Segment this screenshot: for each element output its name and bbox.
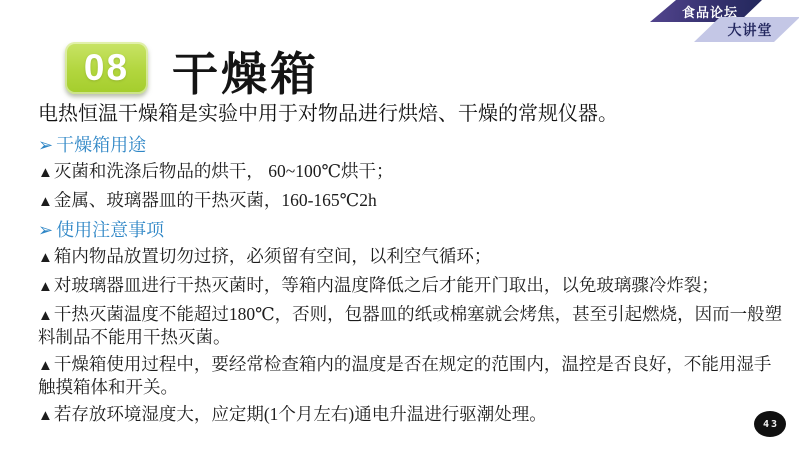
- bullet-item: ▲灭菌和洗涤后物品的烘干， 60~100℃烘干；: [38, 161, 783, 184]
- triangle-bullet-icon: ▲: [38, 250, 53, 266]
- bullet-item: ▲金属、玻璃器皿的干热灭菌，160-165℃2h: [38, 190, 783, 213]
- intro-paragraph: 电热恒温干燥箱是实验中用于对物品进行烘焙、干燥的常规仪器。: [38, 102, 783, 127]
- bullet-item-text: 干燥箱使用过程中，要经常检查箱内的温度是否在规定的范围内，温控是否良好，不能用湿…: [38, 354, 771, 397]
- triangle-bullet-icon: ▲: [38, 194, 53, 210]
- triangle-bullet-icon: ▲: [38, 358, 53, 374]
- slide-body: 电热恒温干燥箱是实验中用于对物品进行烘焙、干燥的常规仪器。 ➢干燥箱用途 ▲灭菌…: [38, 102, 783, 433]
- bullet-item: ▲若存放环境湿度大，应定期(1个月左右)通电升温进行驱潮处理。: [38, 404, 783, 427]
- page-number-label: 43: [761, 419, 779, 430]
- section-number-badge: 08: [65, 42, 148, 94]
- arrow-bullet-icon: ➢: [38, 220, 53, 240]
- bullet-item: ▲对玻璃器皿进行干热灭菌时，等箱内温度降低之后才能开门取出，以免玻璃骤冷炸裂；: [38, 275, 783, 298]
- bullet-item-text: 金属、玻璃器皿的干热灭菌，160-165℃2h: [54, 190, 377, 210]
- section-number-label: 08: [84, 47, 129, 89]
- section-heading-label: 干燥箱用途: [56, 135, 146, 155]
- triangle-bullet-icon: ▲: [38, 308, 53, 324]
- section-heading-precautions: ➢使用注意事项: [38, 219, 783, 241]
- page-title: 干燥箱: [172, 38, 319, 104]
- bullet-item-text: 若存放环境湿度大，应定期(1个月左右)通电升温进行驱潮处理。: [54, 404, 547, 424]
- lecture-ribbon-label: 大讲堂: [728, 20, 773, 40]
- triangle-bullet-icon: ▲: [38, 408, 53, 424]
- bullet-item-text: 干热灭菌温度不能超过180℃，否则，包器皿的纸或棉塞就会烤焦，甚至引起燃烧，因而…: [38, 304, 782, 347]
- presentation-slide: 食品论坛 大讲堂 08 干燥箱 电热恒温干燥箱是实验中用于对物品进行烘焙、干燥的…: [0, 0, 799, 450]
- arrow-bullet-icon: ➢: [38, 135, 53, 155]
- bullet-item: ▲箱内物品放置切勿过挤，必须留有空间，以利空气循环；: [38, 246, 783, 269]
- bullet-item: ▲干燥箱使用过程中，要经常检查箱内的温度是否在规定的范围内，温控是否良好，不能用…: [38, 354, 783, 398]
- page-number-badge: 43: [754, 411, 786, 437]
- bullet-item-text: 箱内物品放置切勿过挤，必须留有空间，以利空气循环；: [54, 246, 492, 266]
- bullet-item-text: 灭菌和洗涤后物品的烘干， 60~100℃烘干；: [54, 161, 394, 181]
- bullet-item: ▲干热灭菌温度不能超过180℃，否则，包器皿的纸或棉塞就会烤焦，甚至引起燃烧，因…: [38, 304, 783, 348]
- section-heading-label: 使用注意事项: [56, 220, 164, 240]
- bullet-item-text: 对玻璃器皿进行干热灭菌时，等箱内温度降低之后才能开门取出，以免玻璃骤冷炸裂；: [54, 275, 719, 295]
- section-heading-uses: ➢干燥箱用途: [38, 134, 783, 156]
- triangle-bullet-icon: ▲: [38, 279, 53, 295]
- triangle-bullet-icon: ▲: [38, 165, 53, 181]
